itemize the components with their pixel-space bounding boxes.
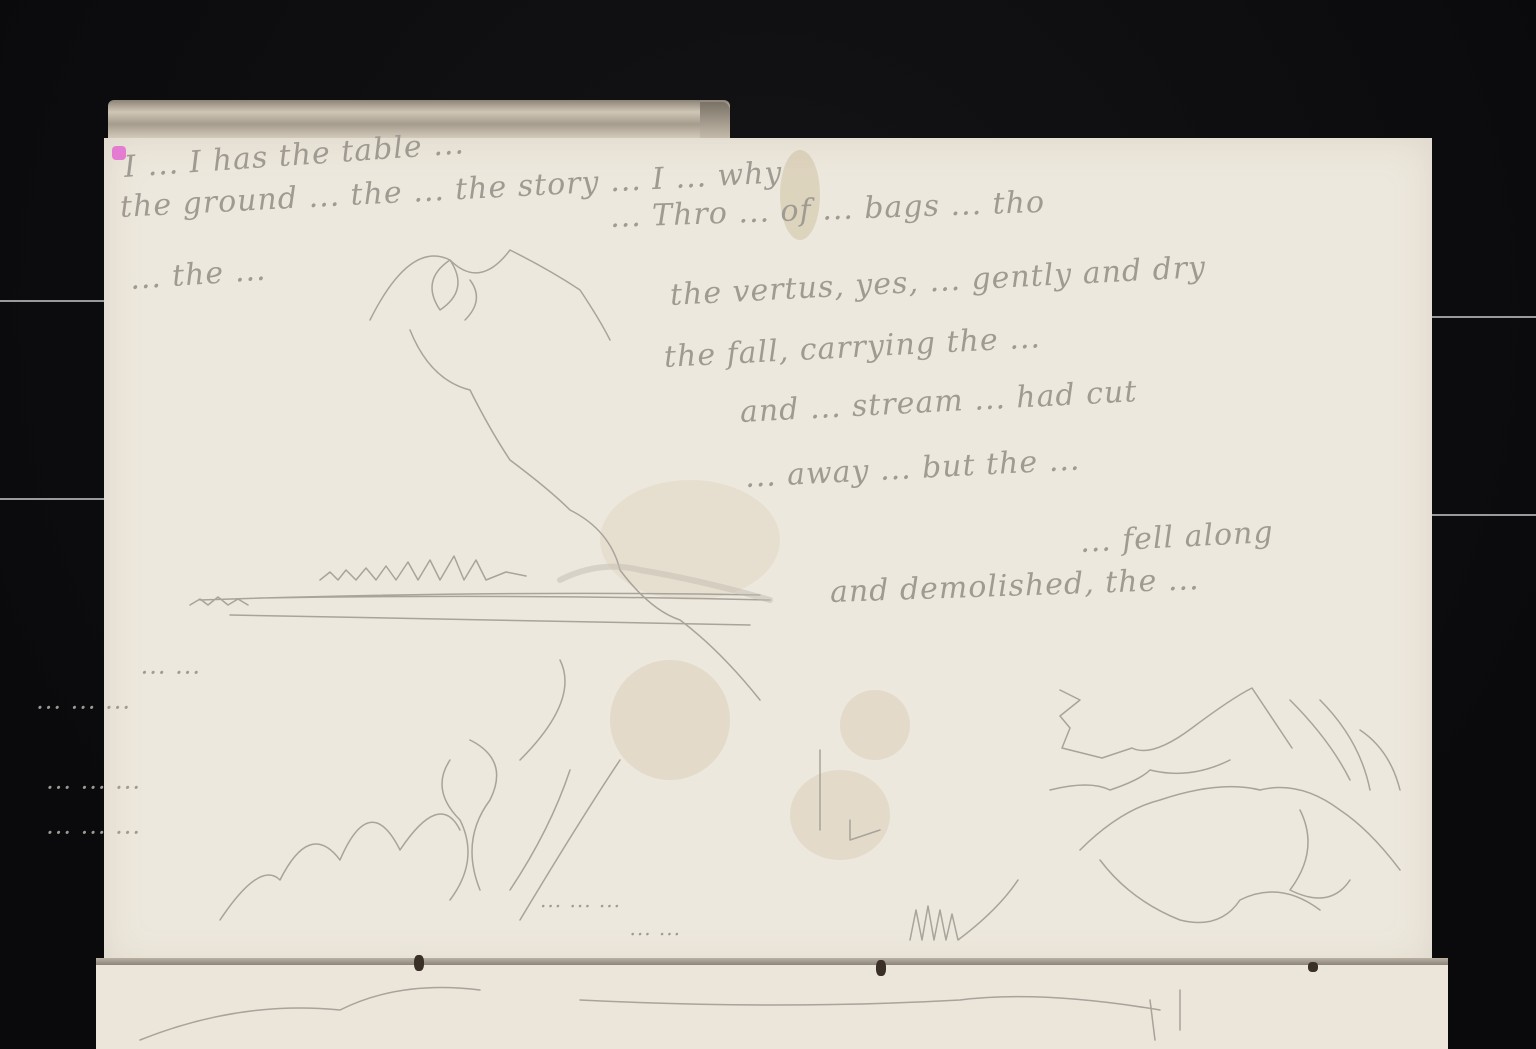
sketch-grass <box>910 880 1018 940</box>
sketch-hill <box>1080 787 1400 870</box>
sketch-horizon <box>190 593 770 625</box>
sketch-foliage <box>370 250 610 340</box>
pencil-sketches <box>0 0 1536 1049</box>
sketch-bushes <box>220 814 460 920</box>
sketch-tree <box>442 740 497 900</box>
next-page-sketch <box>140 988 1180 1041</box>
sketch-treeline <box>320 556 526 580</box>
sketch-mountain-ridge <box>1050 760 1230 790</box>
sketch-ridge <box>410 330 760 700</box>
sketch-mountain-peak <box>1060 688 1292 758</box>
